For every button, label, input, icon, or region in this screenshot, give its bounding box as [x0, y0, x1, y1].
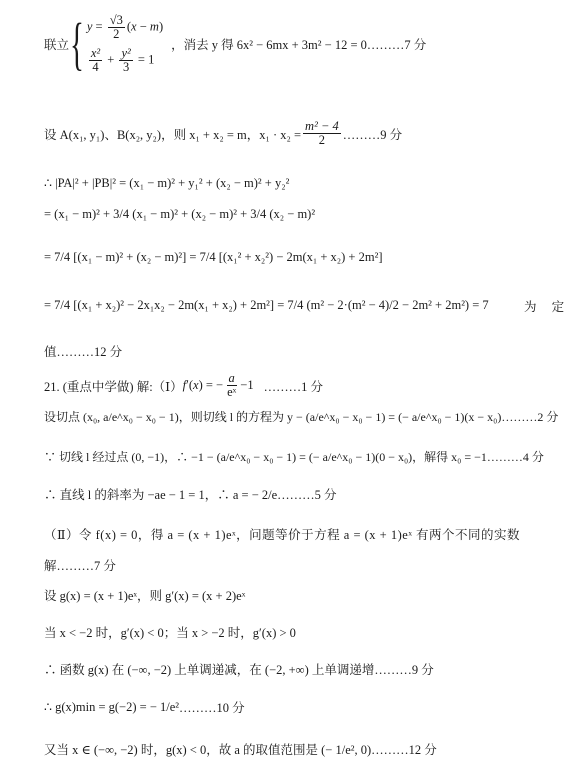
line17-score: ………10 分	[179, 698, 245, 716]
solution-line: 解 ………7 分	[44, 556, 116, 574]
line10-score: ………4 分	[487, 448, 544, 465]
line6-text: = 7/4 [(x₁ + x₂)² − 2x₁x₂ − 2m(x₁ + x₂) …	[44, 298, 489, 313]
expand-line-1: = (x₁ − m)² + 3/4 (x₁ − m)² + (x₂ − m)² …	[44, 207, 315, 222]
define-g-line: 设 g(x) = (x + 1)eˣ，则 g′(x) = (x + 2)eˣ	[44, 586, 245, 604]
minimum-line: ∴ g(x)min = g(−2) = − 1/e² ………10 分	[44, 698, 245, 716]
system-eq2: x²4 + y²3 = 1	[87, 47, 163, 74]
range-conclusion-line: 又当 x ∈ (−∞, −2) 时，g(x) < 0，故 a 的取值范围是 (−…	[44, 740, 437, 758]
line5-text: = 7/4 [(x₁ − m)² + (x₂ − m)²] = 7/4 [(x₁…	[44, 250, 383, 265]
q21-part1-line: 21. (重点中学做) 解:（Ⅰ） f′(x) = −aeˣ−1 ………1 分	[44, 372, 323, 399]
line9-text: 设切点 (x₀, a/e^x₀ − x₀ − 1)，则切线 l 的方程为 y −…	[44, 408, 501, 425]
line18-score: ………12 分	[371, 740, 437, 758]
line9-score: ………2 分	[501, 408, 558, 425]
line13-text: 解	[44, 556, 57, 574]
slope-line: ∴ 直线 l 的斜率为 −ae − 1 = 1，∴ a = − 2/e ………5…	[44, 485, 337, 503]
left-brace: {	[70, 15, 84, 73]
vieta-line: 设 A(x₁, y₁)、B(x₂, y₂)，则 x₁ + x₂ = m，x₁ ·…	[44, 120, 402, 147]
line11-text: ∴ 直线 l 的斜率为 −ae − 1 = 1，∴ a = − 2/e	[44, 485, 277, 503]
line11-score: ………5 分	[277, 485, 336, 503]
vieta-fraction: m² − 42	[303, 120, 341, 147]
line15-text: 当 x < −2 时，g′(x) < 0；当 x > −2 时，g′(x) > …	[44, 623, 296, 641]
line2-text: 设 A(x₁, y₁)、B(x₂, y₂)，则 x₁ + x₂ = m，x₁ ·…	[44, 125, 301, 143]
line16-text: ∴ 函数 g(x) 在 (−∞, −2) 上单调递减，在 (−2, +∞) 上单…	[44, 660, 374, 678]
distance-sum-line: ∴ |PA|² + |PB|² = (x₁ − m)² + y₁² + (x₂ …	[44, 175, 289, 191]
line16-score: ………9 分	[374, 660, 433, 678]
monotonicity-line: ∴ 函数 g(x) 在 (−∞, −2) 上单调递减，在 (−2, +∞) 上单…	[44, 660, 434, 678]
question-21-label: 21. (重点中学做) 解:（Ⅰ）	[44, 377, 183, 395]
line4-text: = (x₁ − m)² + 3/4 (x₁ − m)² + (x₂ − m)² …	[44, 207, 315, 222]
line8-score: ………1 分	[264, 377, 323, 395]
line10-text: ∵ 切线 l 经过点 (0, −1)，∴ −1 − (a/e^x₀ − x₀ −…	[44, 448, 487, 465]
part2-line: （Ⅱ）令 f(x) = 0，得 a = (x + 1)eˣ，问题等价于方程 a …	[44, 525, 520, 543]
constant-value-line: 值 ………12 分	[44, 342, 122, 360]
system-equation-line: 联立 { y = √32(x − m) x²4 + y²3 = 1 ，消去 y …	[44, 14, 426, 75]
system-eq1: y = √32(x − m)	[87, 14, 163, 41]
line12-text: （Ⅱ）令 f(x) = 0，得 a = (x + 1)eˣ，问题等价于方程 a …	[44, 525, 520, 543]
equation-system: y = √32(x − m) x²4 + y²3 = 1	[87, 14, 163, 75]
expand-line-3: = 7/4 [(x₁ + x₂)² − 2x₁x₂ − 2m(x₁ + x₂) …	[44, 298, 489, 313]
line17-text: ∴ g(x)min = g(−2) = − 1/e²	[44, 699, 179, 715]
line6-tail: 为 定	[524, 297, 570, 315]
tangent-through-point-line: ∵ 切线 l 经过点 (0, −1)，∴ −1 − (a/e^x₀ − x₀ −…	[44, 448, 544, 465]
line1-prefix: 联立	[44, 35, 69, 53]
line2-score: ………9 分	[343, 125, 402, 143]
line13-score: ………7 分	[57, 556, 116, 574]
expand-line-2: = 7/4 [(x₁ − m)² + (x₂ − m)²] = 7/4 [(x₁…	[44, 250, 383, 265]
sign-analysis-line: 当 x < −2 时，g′(x) < 0；当 x > −2 时，g′(x) > …	[44, 623, 296, 641]
line1-text: ，消去 y 得 6x² − 6mx + 3m² − 12 = 0	[171, 35, 367, 53]
line18-text: 又当 x ∈ (−∞, −2) 时，g(x) < 0，故 a 的取值范围是 (−…	[44, 740, 371, 758]
line14-text: 设 g(x) = (x + 1)eˣ，则 g′(x) = (x + 2)eˣ	[44, 586, 245, 604]
line1-score: ………7 分	[367, 35, 426, 53]
line3-text: ∴ |PA|² + |PB|² = (x₁ − m)² + y₁² + (x₂ …	[44, 175, 289, 191]
line7-score: ………12 分	[57, 342, 123, 360]
tangent-point-line: 设切点 (x₀, a/e^x₀ − x₀ − 1)，则切线 l 的方程为 y −…	[44, 408, 558, 425]
line7-text: 值	[44, 342, 57, 360]
